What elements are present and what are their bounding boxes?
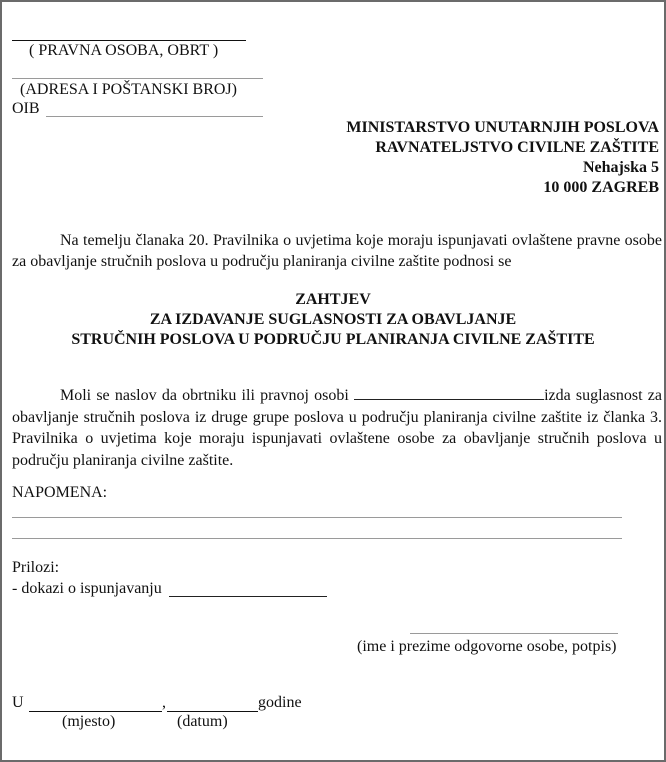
place-date-comma: , [162,694,166,712]
entity-name-field[interactable] [12,40,246,41]
entity-label: ( PRAVNA OSOBA, OBRT ) [29,42,218,60]
note-line-2[interactable] [12,538,622,539]
intro-paragraph: Na temelju članaka 20. Pravilnika o uvje… [12,230,662,272]
recipient-city: 10 000 ZAGREB [543,179,659,197]
attachment-item: - dokazi o ispunjavanju [12,580,162,598]
form-page: ( PRAVNA OSOBA, OBRT ) (ADRESA I POŠTANS… [0,0,666,762]
signature-caption: (ime i prezime odgovorne osobe, potpis) [357,638,617,656]
title-sub1: ZA IZDAVANJE SUGLASNOSTI ZA OBAVLJANJE [2,311,664,329]
body-text-start: Moli se naslov da obrtniku ili pravnoj o… [60,387,349,404]
oib-field[interactable] [46,116,263,117]
body-paragraph: Moli se naslov da obrtniku ili pravnoj o… [12,385,662,471]
year-suffix: godine [258,694,302,712]
place-field[interactable] [29,711,162,712]
entity-name-blank[interactable] [354,385,544,400]
title-sub2: STRUČNIH POSLOVA U PODRUČJU PLANIRANJA C… [2,331,664,349]
oib-label: OIB [12,100,40,118]
date-caption: (datum) [177,713,228,731]
recipient-street: Nehajska 5 [583,159,659,177]
note-line-1[interactable] [12,517,622,518]
place-prefix: U [12,694,24,712]
address-field[interactable] [12,78,263,79]
attachment-field[interactable] [169,596,327,597]
recipient-directorate: RAVNATELJSTVO CIVILNE ZAŠTITE [375,139,659,157]
intro-text: Na temelju članaka 20. Pravilnika o uvje… [12,232,662,270]
date-field[interactable] [167,711,258,712]
recipient-ministry: MINISTARSTVO UNUTARNJIH POSLOVA [346,119,659,137]
title-main: ZAHTJEV [2,291,664,309]
note-label: NAPOMENA: [12,484,107,502]
signature-field[interactable] [410,633,618,634]
address-label: (ADRESA I POŠTANSKI BROJ) [20,81,237,99]
place-caption: (mjesto) [62,713,115,731]
attachments-label: Prilozi: [12,559,59,577]
